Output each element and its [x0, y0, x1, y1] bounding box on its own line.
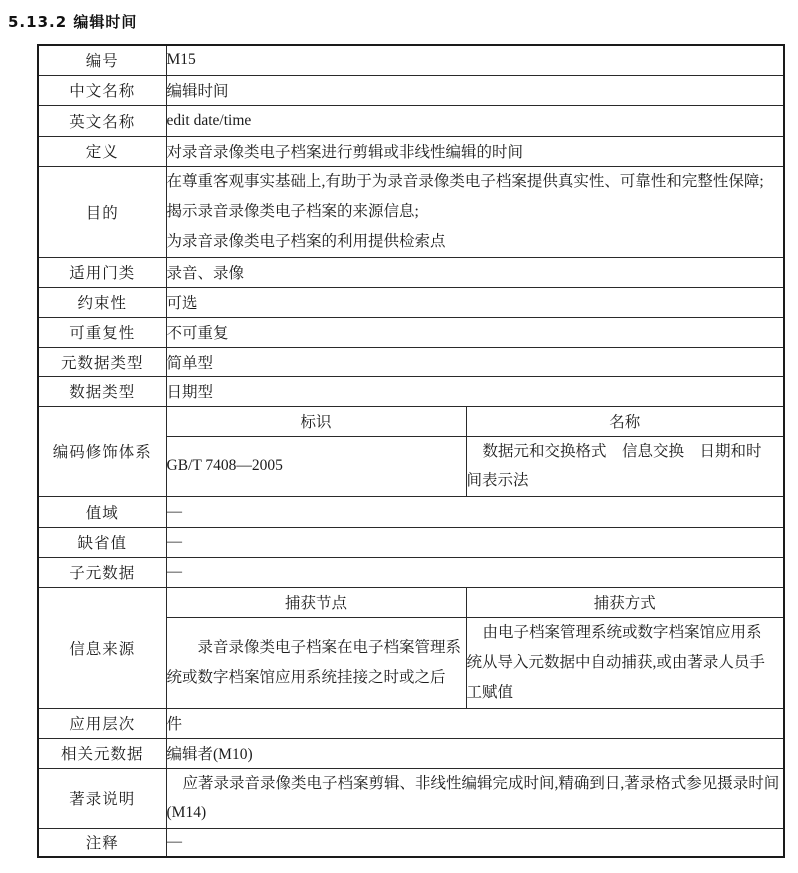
text-line: 为录音录像类电子档案的利用提供检索点 — [167, 227, 784, 257]
row-value: 编辑时间 — [166, 75, 784, 105]
text-line: (M14) — [167, 798, 784, 827]
table-row: 编号 M15 — [38, 45, 784, 75]
row-label: 注释 — [38, 828, 166, 857]
row-label: 缺省值 — [38, 527, 166, 557]
row-value: 在尊重客观事实基础上,有助于为录音录像类电子档案提供真实性、可靠性和完整性保障;… — [166, 166, 784, 257]
row-value: 日期型 — [166, 376, 784, 406]
text-line: 工赋值 — [467, 678, 784, 708]
table-row: 数据类型 日期型 — [38, 376, 784, 406]
table-row: 元数据类型 简单型 — [38, 347, 784, 376]
table-row: 编码修饰体系 标识 名称 — [38, 406, 784, 436]
row-label: 相关元数据 — [38, 738, 166, 768]
capture-method-value: 由电子档案管理系统或数字档案馆应用系 统从导入元数据中自动捕获,或由著录人员手 … — [466, 617, 784, 708]
text-line: 应著录录音录像类电子档案剪辑、非线性编辑完成时间,精确到日,著录格式参见摄录时间 — [167, 769, 784, 798]
table-row: 应用层次 件 — [38, 708, 784, 738]
row-label: 子元数据 — [38, 557, 166, 587]
text-line: 在尊重客观事实基础上,有助于为录音录像类电子档案提供真实性、可靠性和完整性保障; — [167, 167, 784, 197]
row-value: edit date/time — [166, 105, 784, 136]
row-label: 信息来源 — [38, 587, 166, 708]
table-row: 缺省值 — — [38, 527, 784, 557]
section-title: 5.13.2 编辑时间 — [0, 0, 798, 32]
table-row: 约束性 可选 — [38, 287, 784, 317]
row-value: M15 — [166, 45, 784, 75]
identifier-value: GB/T 7408—2005 — [166, 436, 466, 496]
subtable-header-capture-method: 捕获方式 — [466, 587, 784, 617]
text-line: 录音录像类电子档案在电子档案管理系 — [167, 633, 466, 663]
row-value: 录音、录像 — [166, 257, 784, 287]
row-label: 应用层次 — [38, 708, 166, 738]
row-value: 件 — [166, 708, 784, 738]
row-label: 数据类型 — [38, 376, 166, 406]
capture-node-value: 录音录像类电子档案在电子档案管理系 统或数字档案馆应用系统挂接之时或之后 — [166, 617, 466, 708]
table-row: 子元数据 — — [38, 557, 784, 587]
row-value: — — [166, 527, 784, 557]
row-value: — — [166, 557, 784, 587]
text-line: 统或数字档案馆应用系统挂接之时或之后 — [167, 663, 466, 693]
row-value: 对录音录像类电子档案进行剪辑或非线性编辑的时间 — [166, 136, 784, 166]
row-label: 编码修饰体系 — [38, 406, 166, 496]
table-row: 英文名称 edit date/time — [38, 105, 784, 136]
text-line: 数据元和交换格式 信息交换 日期和时 — [467, 437, 784, 466]
row-value: — — [166, 496, 784, 527]
row-value: 可选 — [166, 287, 784, 317]
text-line: 揭示录音录像类电子档案的来源信息; — [167, 197, 784, 227]
row-value: 编辑者(M10) — [166, 738, 784, 768]
subtable-header-capture-node: 捕获节点 — [166, 587, 466, 617]
table-row: 适用门类 录音、录像 — [38, 257, 784, 287]
subtable-header-name: 名称 — [466, 406, 784, 436]
text-line: 统从导入元数据中自动捕获,或由著录人员手 — [467, 648, 784, 678]
table-row: 目的 在尊重客观事实基础上,有助于为录音录像类电子档案提供真实性、可靠性和完整性… — [38, 166, 784, 257]
row-value: — — [166, 828, 784, 857]
text-line: 间表示法 — [467, 466, 784, 495]
row-label: 定义 — [38, 136, 166, 166]
table-row: 中文名称 编辑时间 — [38, 75, 784, 105]
row-label: 可重复性 — [38, 317, 166, 347]
row-label: 适用门类 — [38, 257, 166, 287]
table-row: 可重复性 不可重复 — [38, 317, 784, 347]
table-row: 著录说明 应著录录音录像类电子档案剪辑、非线性编辑完成时间,精确到日,著录格式参… — [38, 768, 784, 828]
table-row: 注释 — — [38, 828, 784, 857]
metadata-element-table: 编号 M15 中文名称 编辑时间 英文名称 edit date/time 定义 … — [37, 44, 785, 858]
row-value: 不可重复 — [166, 317, 784, 347]
table-row: 信息来源 捕获节点 捕获方式 — [38, 587, 784, 617]
subtable-header-identifier: 标识 — [166, 406, 466, 436]
row-label: 著录说明 — [38, 768, 166, 828]
table-row: 相关元数据 编辑者(M10) — [38, 738, 784, 768]
name-value: 数据元和交换格式 信息交换 日期和时 间表示法 — [466, 436, 784, 496]
row-value: 简单型 — [166, 347, 784, 376]
table-row: 值域 — — [38, 496, 784, 527]
row-label: 约束性 — [38, 287, 166, 317]
table-row: 定义 对录音录像类电子档案进行剪辑或非线性编辑的时间 — [38, 136, 784, 166]
row-label: 值域 — [38, 496, 166, 527]
row-value: 应著录录音录像类电子档案剪辑、非线性编辑完成时间,精确到日,著录格式参见摄录时间… — [166, 768, 784, 828]
row-label: 中文名称 — [38, 75, 166, 105]
row-label: 英文名称 — [38, 105, 166, 136]
row-label: 编号 — [38, 45, 166, 75]
row-label: 元数据类型 — [38, 347, 166, 376]
text-line: 由电子档案管理系统或数字档案馆应用系 — [467, 618, 784, 648]
row-label: 目的 — [38, 166, 166, 257]
